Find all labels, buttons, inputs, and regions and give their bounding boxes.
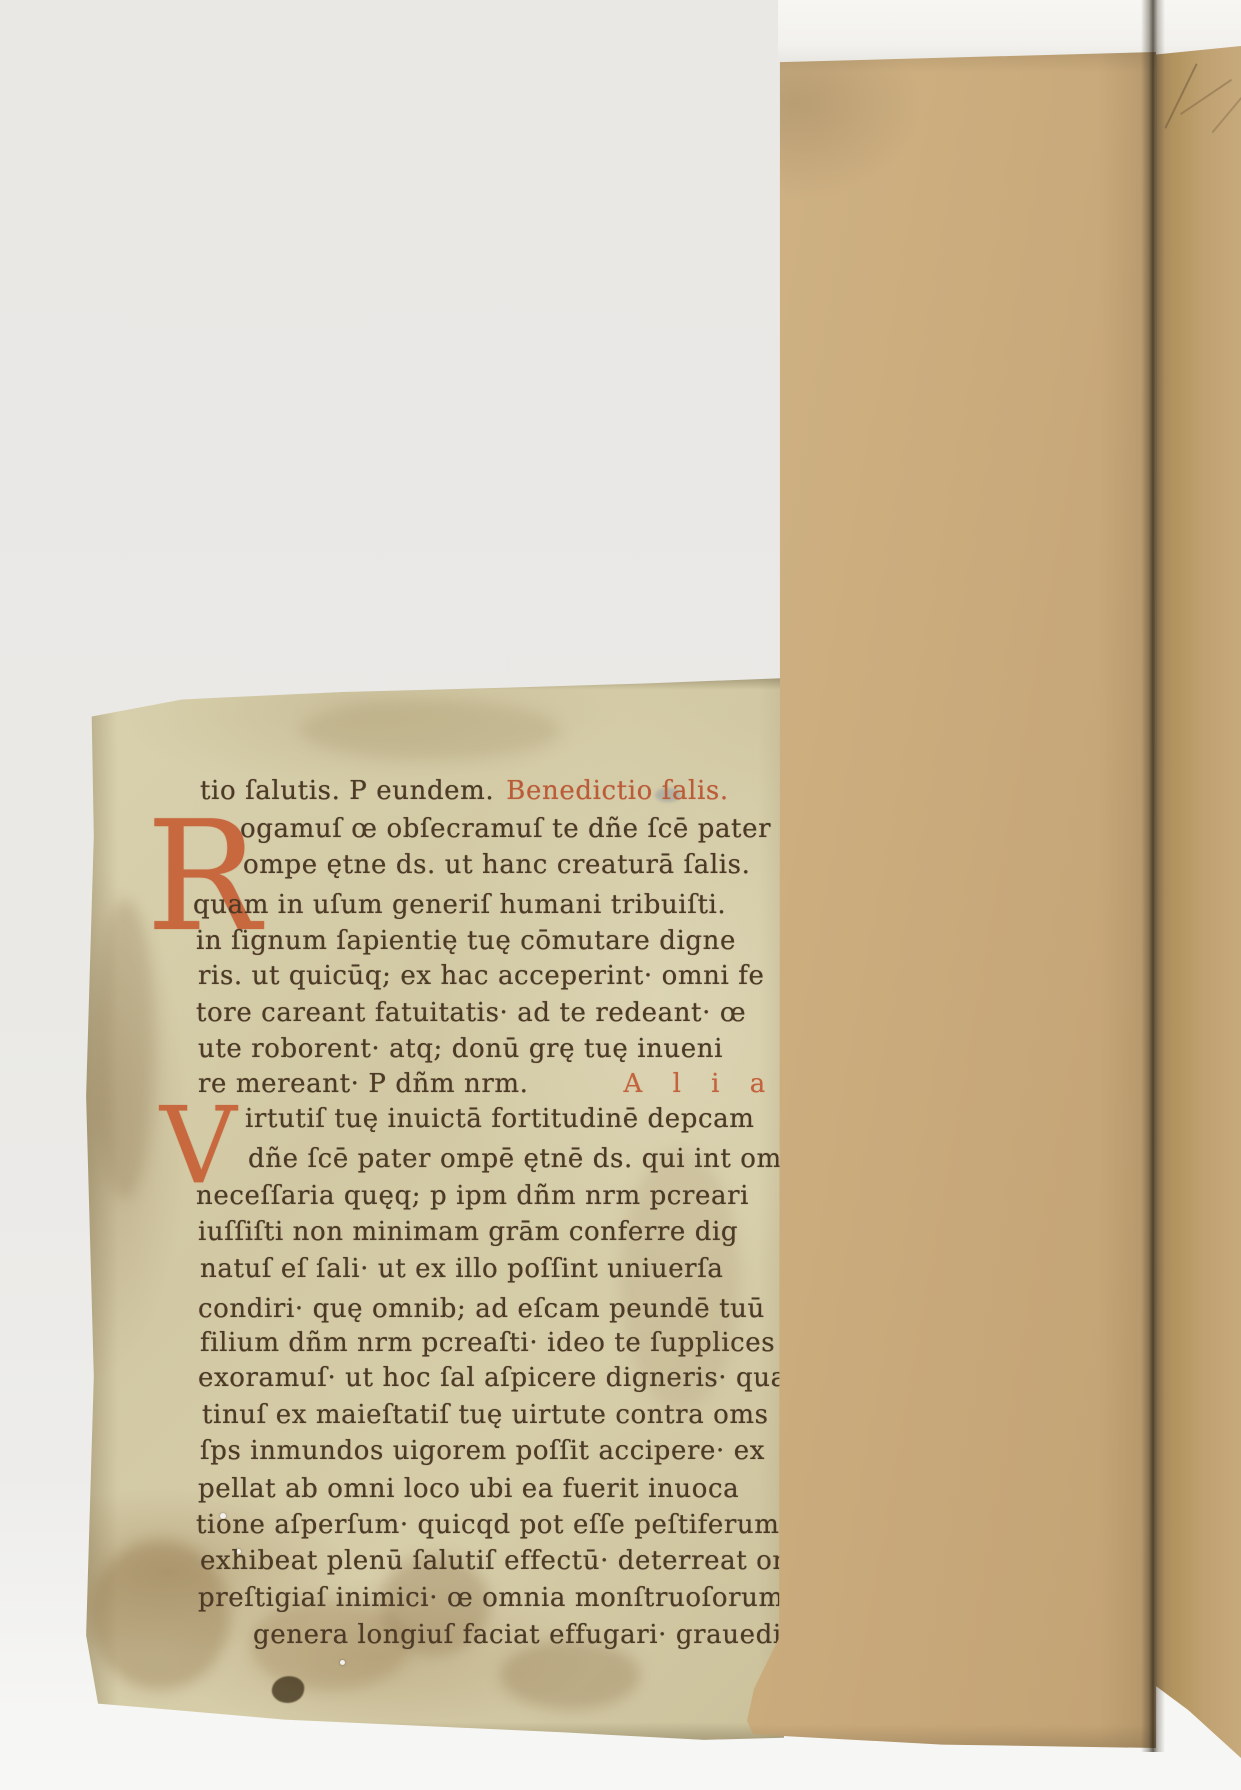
line-text: tione aſperſum· quicqd pot eſſe peſtifer… xyxy=(196,1510,788,1540)
text-line: ris. ut quicūq; ex hac acceperint· omni … xyxy=(198,963,765,989)
text-line: filium dñm nrm pcreaſti· ideo te ſupplic… xyxy=(200,1330,775,1356)
line-text: neceſſaria quęq; p ipm dñm nrm pcreari xyxy=(196,1181,749,1211)
rubric-benedictio-salis: Benedictio ſalis. xyxy=(506,776,728,806)
stain xyxy=(300,700,560,760)
text-line: tio ſalutis. P eundem.Benedictio ſalis. xyxy=(200,778,729,804)
line-text: preſtigiaſ inimici· œ omnia monſtruoſoru… xyxy=(198,1583,784,1613)
line-text: irtutiſ tuę inuictā fortitudinē depcam xyxy=(245,1104,755,1134)
line-text: condiri· quę omnib; ad eſcam peundē tuū xyxy=(198,1294,765,1324)
line-text: ute roborent· atq; donū grę tuę inueni xyxy=(198,1034,723,1064)
text-line: natuſ eſ ſali· ut ex illo poſſint uniuer… xyxy=(200,1256,724,1282)
line-text: exoramuſ· ut hoc ſal aſpicere digneris· … xyxy=(198,1363,787,1393)
text-line: in ſignum ſapientię tuę cōmutare digne xyxy=(196,928,736,954)
text-line: condiri· quę omnib; ad eſcam peundē tuū xyxy=(198,1296,765,1322)
text-line: re mereant· P dñm nrm.A l i a xyxy=(198,1071,776,1097)
text-line: pellat ab omni loco ubi ea fuerit inuoca xyxy=(198,1476,739,1502)
line-text: ris. ut quicūq; ex hac acceperint· omni … xyxy=(198,961,765,991)
wormhole xyxy=(340,1660,345,1665)
line-text: natuſ eſ ſali· ut ex illo poſſint uniuer… xyxy=(200,1254,724,1284)
guard-page-right xyxy=(1156,46,1241,1758)
parchment-leaf: R V tio ſalutis. P eundem.Benedictio ſal… xyxy=(84,676,784,1742)
line-text: iuſſiſti non minimam grām conferre dig xyxy=(198,1217,738,1247)
line-text: dñe ſcē pater ompē ętnē ds. qui int omīa xyxy=(248,1144,807,1174)
line-text: tio ſalutis. P eundem. xyxy=(200,776,494,806)
line-text: filium dñm nrm pcreaſti· ideo te ſupplic… xyxy=(200,1328,775,1358)
rubric-alia: A l i a xyxy=(624,1069,777,1099)
line-text: ſps inmundos uigorem poſſit accipere· ex xyxy=(200,1436,765,1466)
line-text: in ſignum ſapientię tuę cōmutare digne xyxy=(196,926,736,956)
text-line: tinuſ ex maieſtatiſ tuę uirtute contra o… xyxy=(202,1402,769,1428)
text-line: dñe ſcē pater ompē ętnē ds. qui int omīa xyxy=(248,1146,807,1172)
initial-V: V xyxy=(160,1104,237,1189)
text-line: neceſſaria quęq; p ipm dñm nrm pcreari xyxy=(196,1183,749,1209)
text-line: ſps inmundos uigorem poſſit accipere· ex xyxy=(200,1438,765,1464)
quire-mark-blot xyxy=(270,1674,305,1705)
text-line: tione aſperſum· quicqd pot eſſe peſtifer… xyxy=(196,1512,788,1538)
text-line: ompe ętne ds. ut hanc creaturā ſalis. xyxy=(243,852,750,878)
photographed-book-spread: R V tio ſalutis. P eundem.Benedictio ſal… xyxy=(0,0,1241,1790)
text-line: irtutiſ tuę inuictā fortitudinē depcam xyxy=(245,1106,755,1132)
stain xyxy=(500,1640,640,1710)
line-text: ogamuſ œ obſecramuſ te dñe ſcē pater xyxy=(240,814,771,844)
line-text: re mereant· P dñm nrm. xyxy=(198,1069,529,1099)
text-line: exhibeat plenū ſalutiſ effectū· deterrea… xyxy=(200,1548,812,1574)
line-text: exhibeat plenū ſalutiſ effectū· deterrea… xyxy=(200,1546,812,1576)
text-line: preſtigiaſ inimici· œ omnia monſtruoſoru… xyxy=(198,1585,784,1611)
line-text: quam in uſum generiſ humani tribuiſti. xyxy=(193,890,726,920)
text-line: tore careant fatuitatis· ad te redeant· … xyxy=(196,1000,746,1026)
text-line: exoramuſ· ut hoc ſal aſpicere digneris· … xyxy=(198,1365,787,1391)
guard-page-left xyxy=(745,52,1156,1748)
text-line: ute roborent· atq; donū grę tuę inueni xyxy=(198,1036,723,1062)
line-text: tore careant fatuitatis· ad te redeant· … xyxy=(196,998,746,1028)
text-line: quam in uſum generiſ humani tribuiſti. xyxy=(193,892,726,918)
line-text: pellat ab omni loco ubi ea fuerit inuoca xyxy=(198,1474,739,1504)
line-text: ompe ętne ds. ut hanc creaturā ſalis. xyxy=(243,850,750,880)
line-text: tinuſ ex maieſtatiſ tuę uirtute contra o… xyxy=(202,1400,769,1430)
book-gutter-shadow xyxy=(1141,0,1165,1752)
text-line: iuſſiſti non minimam grām conferre dig xyxy=(198,1219,738,1245)
text-line: ogamuſ œ obſecramuſ te dñe ſcē pater xyxy=(240,816,771,842)
